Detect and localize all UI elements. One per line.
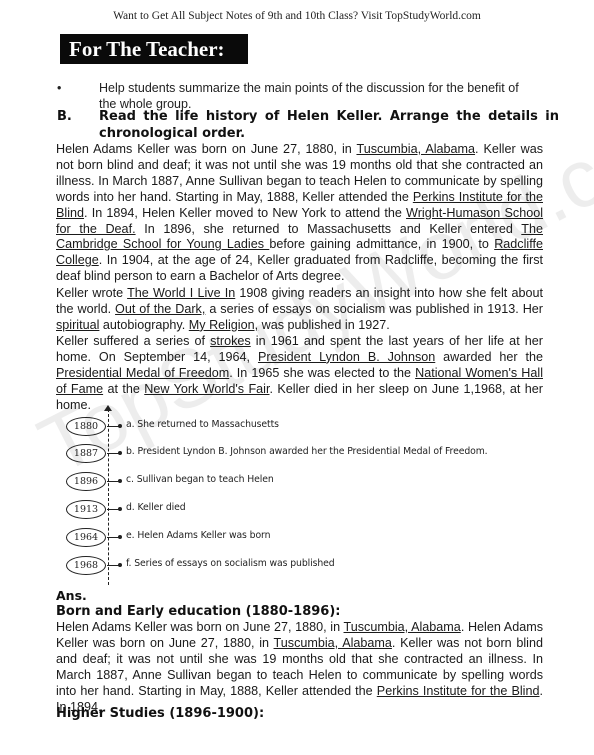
text-run: Keller suffered a series of (56, 334, 210, 348)
timeline-year-oval: 1964 (66, 528, 106, 547)
text-run: . In 1965 she was elected to the (229, 366, 415, 380)
underlined-term: Out of the Dark, (115, 302, 205, 316)
bullet-icon: • (57, 80, 61, 96)
timeline-row: 1913d. Keller died (66, 500, 586, 520)
underlined-term: My Religion, (189, 318, 258, 332)
text-run: before gaining admittance, in 1900, to (269, 237, 494, 251)
timeline-event-text: a. She returned to Massachusetts (126, 419, 279, 430)
underlined-term: spiritual (56, 318, 99, 332)
task-text: Read the life history of Helen Keller. A… (99, 108, 559, 142)
text-run: was published in 1927. (258, 318, 390, 332)
underlined-term: Tuscumbia, Alabama (344, 620, 461, 634)
timeline-row: 1896c. Sullivan began to teach Helen (66, 472, 586, 492)
arrow-right-icon (107, 426, 119, 427)
answer-paragraph-1: Helen Adams Keller was born on June 27, … (56, 620, 543, 715)
underlined-term: New York World's Fair (144, 382, 269, 396)
arrow-right-icon (107, 537, 119, 538)
answer-label: Ans. (56, 588, 87, 603)
arrow-right-icon (107, 481, 119, 482)
timeline-diagram: 1880a. She returned to Massachusetts1887… (0, 405, 594, 585)
timeline-row: 1880a. She returned to Massachusetts (66, 417, 586, 437)
underlined-term: Perkins Institute for the Blind (377, 684, 540, 698)
section-title-higher-studies: Higher Studies (1896-1900): (56, 706, 264, 721)
site-banner: Want to Get All Subject Notes of 9th and… (0, 10, 594, 22)
timeline-event-text: c. Sullivan began to teach Helen (126, 474, 274, 485)
timeline-row: 1968f. Series of essays on socialism was… (66, 556, 586, 576)
document-page: TopStudyWorld.com Want to Get All Subjec… (0, 0, 594, 755)
timeline-event-text: b. President Lyndon B. Johnson awarded h… (126, 446, 488, 457)
timeline-row: 1887b. President Lyndon B. Johnson award… (66, 444, 586, 464)
text-run: at the (103, 382, 144, 396)
underlined-term: President Lyndon B. Johnson (258, 350, 435, 364)
text-run: a series of essays on socialism was publ… (205, 302, 543, 316)
passage-paragraph-1: Helen Adams Keller was born on June 27, … (56, 142, 543, 285)
for-the-teacher-heading: For The Teacher: (60, 34, 248, 64)
timeline-row: 1964e. Helen Adams Keller was born (66, 528, 586, 548)
text-run: autobiography. (99, 318, 188, 332)
timeline-event-text: d. Keller died (126, 502, 186, 513)
timeline-year-oval: 1896 (66, 472, 106, 491)
timeline-event-text: f. Series of essays on socialism was pub… (126, 558, 335, 569)
passage-paragraph-2: Keller wrote The World I Live In 1908 gi… (56, 286, 543, 334)
text-run: awarded her the (435, 350, 543, 364)
arrow-right-icon (107, 453, 119, 454)
timeline-year-oval: 1968 (66, 556, 106, 575)
text-run: . In 1904, at the age of 24, Keller grad… (56, 253, 543, 283)
timeline-event-text: e. Helen Adams Keller was born (126, 530, 270, 541)
text-run: Keller wrote (56, 286, 127, 300)
section-title-early-education: Born and Early education (1880-1896): (56, 604, 341, 619)
underlined-term: Tuscumbia, Alabama (274, 636, 392, 650)
underlined-term: The World I Live In (127, 286, 235, 300)
timeline-year-oval: 1887 (66, 444, 106, 463)
underlined-term: strokes (210, 334, 251, 348)
passage-paragraph-3: Keller suffered a series of strokes in 1… (56, 334, 543, 414)
arrow-right-icon (107, 509, 119, 510)
timeline-year-oval: 1913 (66, 500, 106, 519)
text-run: Helen Adams Keller was born on June 27, … (56, 142, 356, 156)
underlined-term: Tuscumbia, Alabama (356, 142, 475, 156)
underlined-term: Presidential Medal of Freedom (56, 366, 229, 380)
arrow-right-icon (107, 565, 119, 566)
text-run: Helen Adams Keller was born on June 27, … (56, 620, 344, 634)
timeline-year-oval: 1880 (66, 417, 106, 436)
text-run: In 1896, she returned to Massachusetts a… (136, 222, 522, 236)
text-run: . In 1894, Helen Keller moved to New Yor… (84, 206, 406, 220)
task-label: B. (57, 108, 72, 125)
